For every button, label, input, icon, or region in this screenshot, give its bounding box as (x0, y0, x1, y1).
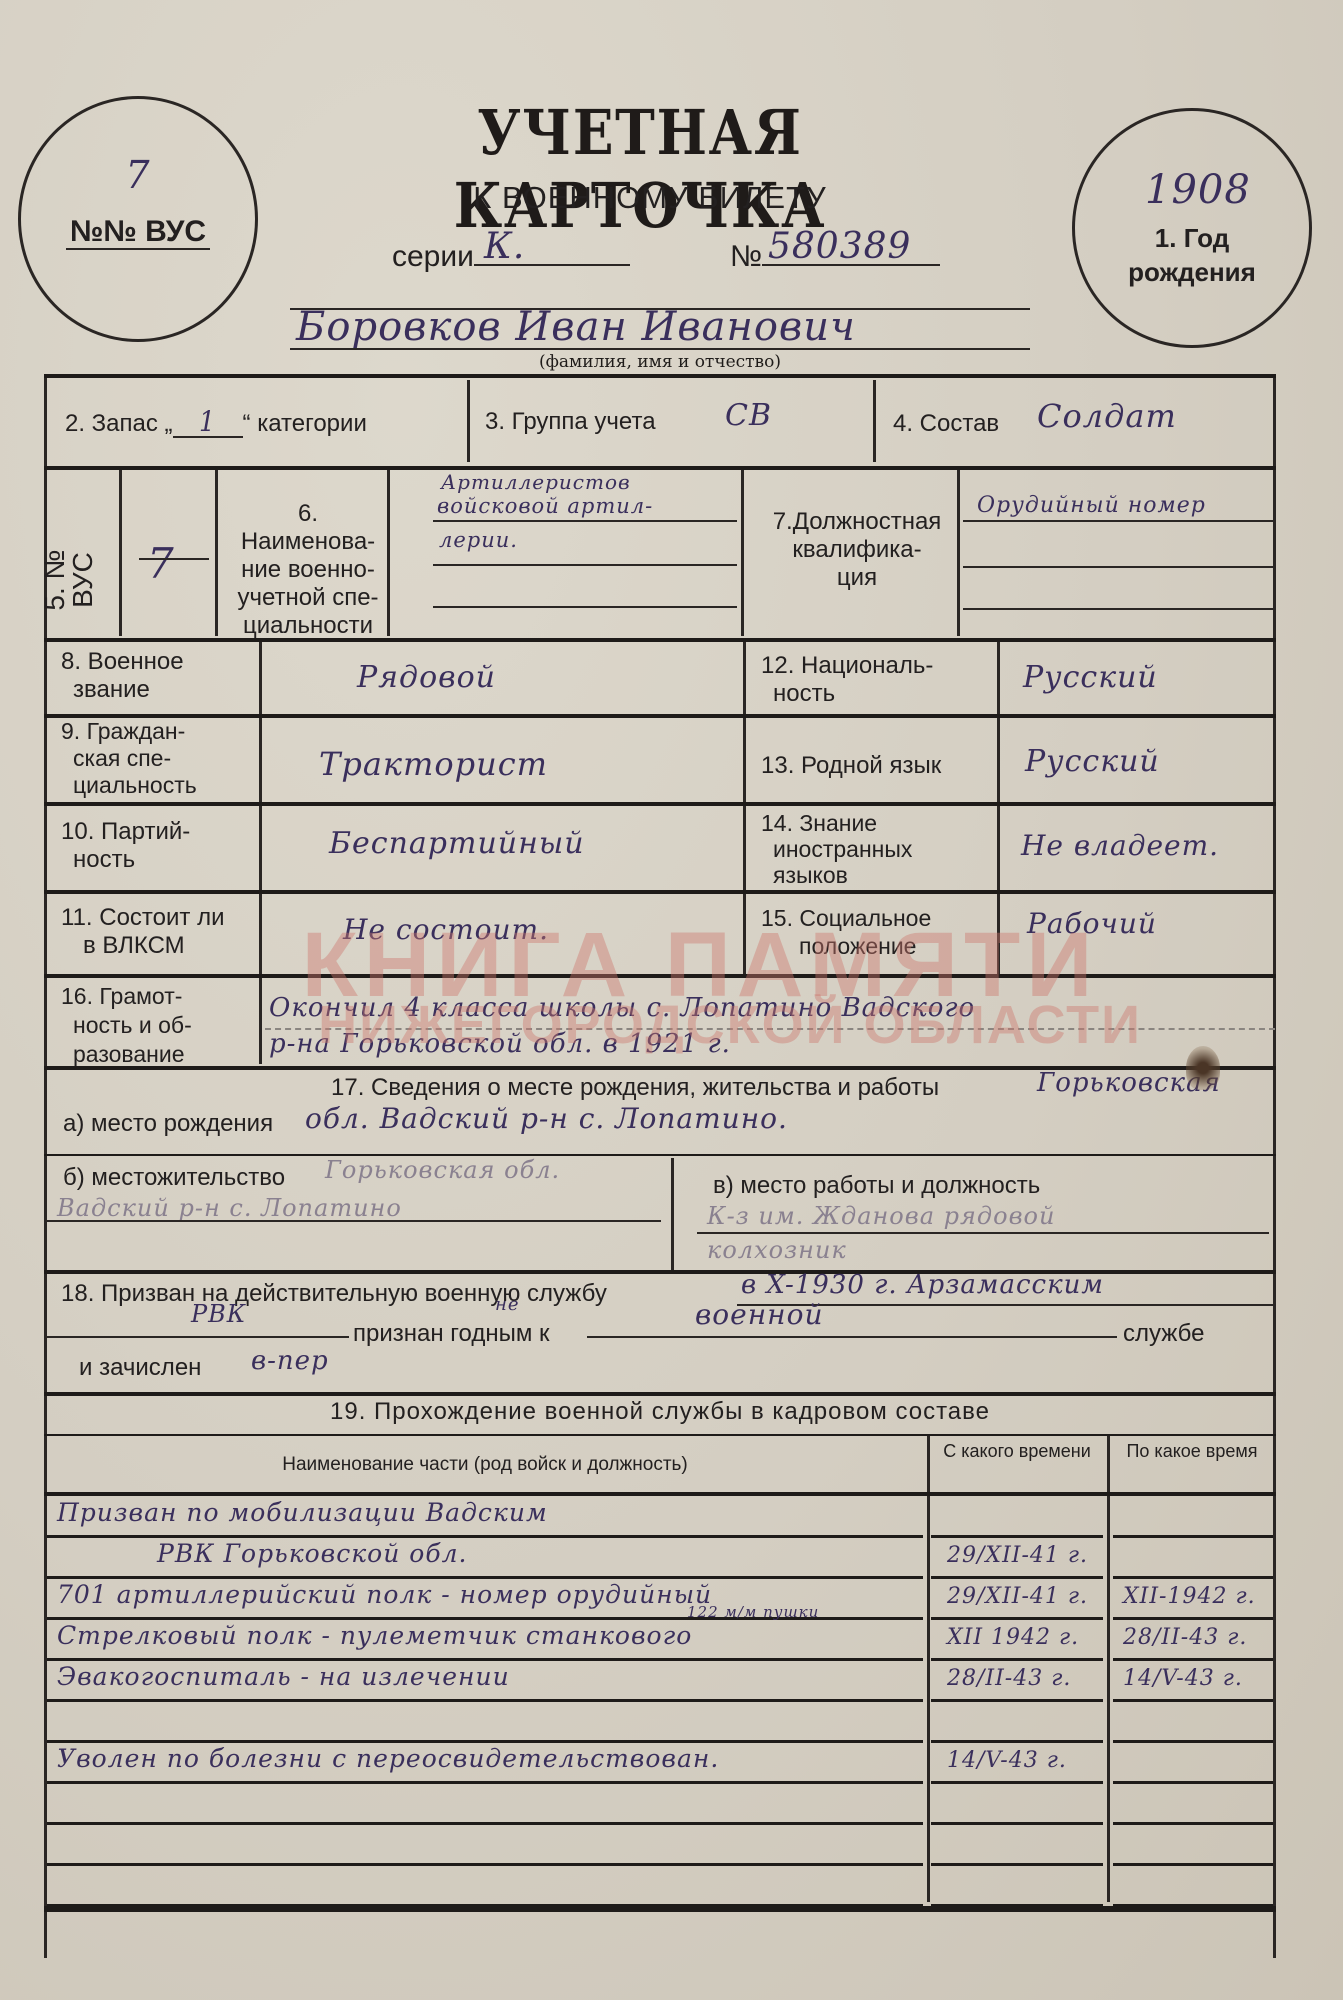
row-note: 122 м/м пушки (687, 1603, 819, 1621)
nationality-label: 12. Националь- ность (761, 652, 933, 708)
series-label: серии (392, 240, 474, 274)
foreign-languages-value: Не владеет. (1021, 832, 1219, 860)
native-language-label: 13. Родной язык (761, 752, 941, 780)
vus-number-circle: 7 №№ ВУС (18, 96, 258, 342)
education-value-line-2: р-на Горьковской обл. в 1921 г. (269, 1030, 731, 1058)
table-row (47, 1783, 1273, 1824)
row-to: XII-1942 г. (1123, 1584, 1256, 1609)
residence-value-line-2: Вадский р-н с. Лопатино (57, 1194, 402, 1222)
vus-number-label: 5. № ВУС (41, 520, 97, 640)
rank-label: 8. Военное звание (61, 648, 184, 704)
table-row: 701 артиллерийский полк - номер орудийны… (47, 1578, 1273, 1619)
composition-value: Солдат (1037, 402, 1177, 430)
social-status-label: 15. Социальное положение (761, 904, 931, 960)
rank-value: Рядовой (357, 664, 496, 692)
row-from: 29/XII-41 г. (947, 1543, 1088, 1568)
row-to: 28/II-43 г. (1123, 1625, 1247, 1650)
table-row (47, 1824, 1273, 1865)
row-from: XII 1942 г. (947, 1625, 1079, 1650)
education-label: 16. Грамот- ность и об- разование (61, 982, 192, 1069)
enlisted-label: и зачислен (79, 1354, 201, 1382)
reserve-value: 1 (173, 408, 243, 438)
birthplace-label: а) место рождения (63, 1110, 273, 1138)
vus-circle-label: №№ ВУС (66, 215, 210, 250)
series-value: К. (474, 226, 630, 266)
row-unit: 701 артиллерийский полк - номер орудийны… (57, 1580, 712, 1609)
work-value-line-1: К-з им. Жданова рядовой (707, 1202, 1055, 1230)
row-to: 14/V-43 г. (1123, 1666, 1243, 1691)
birth-year-label-2: рождения (1075, 255, 1309, 289)
row-unit: Эвакогоспиталь - на излечении (57, 1662, 510, 1691)
residence-label: б) местожительство (63, 1164, 285, 1192)
full-name-caption: (фамилия, имя и отчество) (290, 352, 1030, 372)
social-status-value: Рабочий (1027, 910, 1157, 938)
full-name: Боровков Иван Иванович (296, 304, 856, 350)
table-row (47, 1865, 1273, 1906)
qualification-label: 7.Должностная квалифика- ция (757, 508, 957, 592)
fit-label: признан годным к (353, 1320, 550, 1348)
work-label: в) место работы и должность (713, 1172, 1040, 1200)
column-header-unit: Наименование части (род войск и должност… (47, 1454, 923, 1476)
name-rule-bottom (290, 348, 1030, 350)
komsomol-label: 11. Состоит ли в ВЛКСМ (61, 904, 224, 960)
row-unit: Призван по мобилизации Вадским (57, 1498, 548, 1527)
civil-specialty-value: Тракторист (319, 750, 548, 778)
fit-value: военной (695, 1298, 824, 1331)
composition-label: 4. Состав (893, 410, 999, 438)
foreign-languages-label: 14. Знание иностранных языков (761, 810, 912, 888)
party-label: 10. Партий- ность (61, 818, 190, 874)
birth-year-circle: 1908 1. Год рождения (1072, 108, 1312, 348)
row-unit: РВК Горьковской обл. (157, 1539, 467, 1568)
specialty-value-line-3: лерии. (439, 526, 518, 554)
qualification-value: Орудийный номер (977, 492, 1206, 520)
row-from: 14/V-43 г. (947, 1748, 1067, 1773)
section17-title: 17. Сведения о месте рождения, жительств… (331, 1074, 939, 1102)
komsomol-value: Не состоит. (343, 916, 549, 944)
enlisted-value: в-пер (251, 1346, 329, 1376)
account-group-label: 3. Группа учета (485, 408, 656, 436)
ink-stain (1186, 1046, 1220, 1090)
document-subtitle: К ВОЕННОМУ БИЛЕТУ (390, 180, 910, 216)
native-language-value: Русский (1025, 748, 1160, 776)
account-group-value: СВ (725, 402, 772, 430)
birth-year-value: 1908 (1145, 167, 1309, 213)
column-header-from: С какого времени (927, 1440, 1107, 1462)
civil-specialty-label: 9. Граждан- ская спе- циальность (61, 718, 197, 799)
number-value: 580389 (762, 226, 940, 266)
nationality-value: Русский (1023, 664, 1158, 692)
section18-label: 18. Призван на действительную военную сл… (61, 1280, 607, 1308)
section18-value-line-1: в X-1930 г. Арзамасским (741, 1270, 1104, 1300)
table-row: Призван по мобилизации Вадским (47, 1496, 1273, 1537)
vus-circle-value: 7 (21, 153, 255, 197)
row-from: 29/XII-41 г. (947, 1584, 1088, 1609)
column-header-to: По какое время (1111, 1440, 1273, 1462)
reserve-label-suffix: “ категории (243, 410, 367, 437)
document-title: УЧЕТНАЯ КАРТОЧКА (348, 96, 933, 242)
specialty-value-line-2: войсковой артил- (437, 492, 653, 520)
reserve-label-prefix: 2. Запас „ (65, 410, 173, 437)
table-row: Эвакогоспиталь - на излечении28/II-43 г.… (47, 1660, 1273, 1701)
row-unit: Стрелковый полк - пулеметчик станкового (57, 1621, 692, 1650)
form-top-border (44, 374, 1276, 378)
work-value-line-2: колхозник (707, 1236, 847, 1264)
vus-number-value: 7 (147, 550, 175, 578)
table-row (47, 1701, 1273, 1742)
birthplace-value: обл. Вадский р-н с. Лопатино. (305, 1102, 788, 1135)
row-unit: Уволен по болезни с переосвидетельствова… (57, 1744, 719, 1773)
specialty-name-label: 6. Наименова- ние военно- учетной спе- ц… (233, 500, 383, 640)
birth-year-label-1: 1. Год (1075, 221, 1309, 255)
table-row: Стрелковый полк - пулеметчик станкового1… (47, 1619, 1273, 1660)
section18-rvk: РВК (191, 1300, 246, 1328)
service-label: службе (1123, 1320, 1204, 1348)
table-row: Уволен по болезни с переосвидетельствова… (47, 1742, 1273, 1783)
series-number-row: серии К. № 580389 (392, 228, 952, 278)
fit-not: не (495, 1294, 520, 1315)
party-value: Беспартийный (329, 830, 585, 858)
education-value-line-1: Окончил 4 класса школы с. Лопатино Вадск… (269, 994, 975, 1022)
number-label: № (730, 240, 762, 274)
section19-title: 19. Прохождение военной службы в кадрово… (47, 1398, 1273, 1426)
row-from: 28/II-43 г. (947, 1666, 1071, 1691)
form-grid: 2. Запас „1“ категории 3. Группа учета С… (44, 374, 1276, 1958)
table-row: РВК Горьковской обл.29/XII-41 г. (47, 1537, 1273, 1578)
residence-value-line-1: Горьковская обл. (325, 1156, 560, 1184)
